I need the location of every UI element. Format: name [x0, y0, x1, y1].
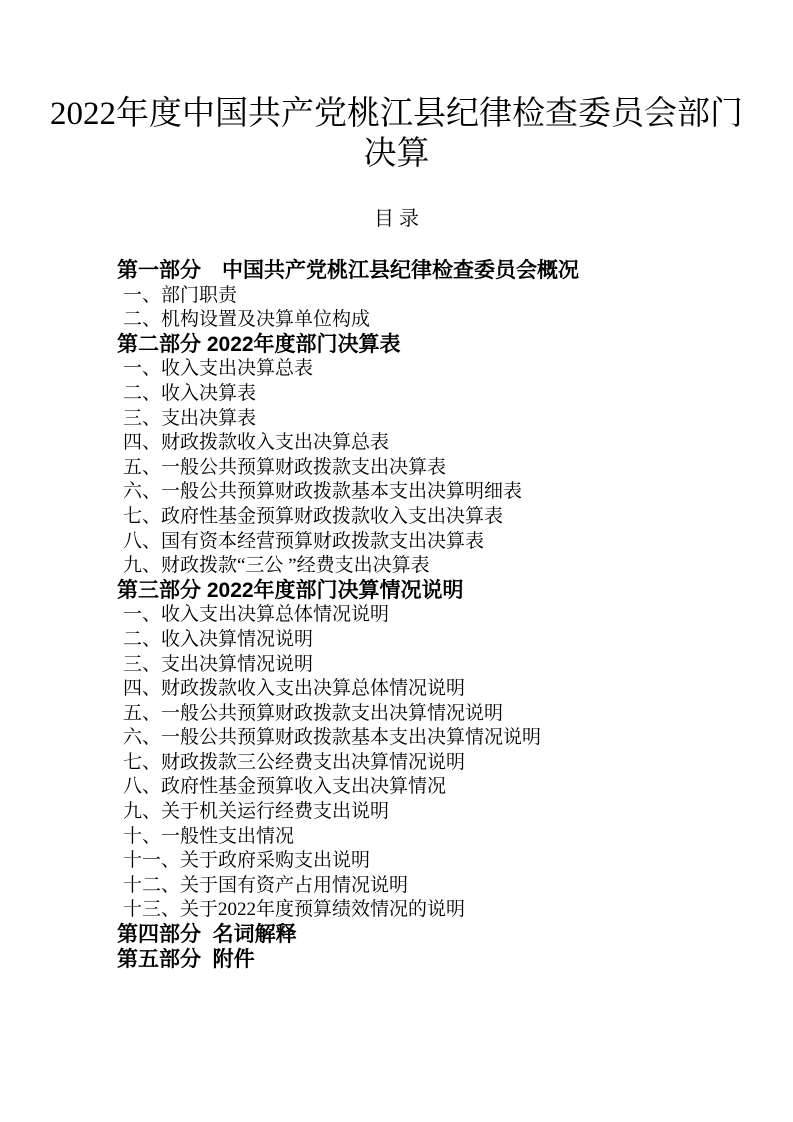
toc-section: 第三部分 2022年度部门决算情况说明 一、收入支出决算总体情况说明 二、收入决…	[117, 579, 753, 923]
document-page: 2022年度中国共产党桃江县纪律检查委员会部门决算 目 录 第一部分 中国共产党…	[0, 0, 793, 1122]
toc-item: 五、一般公共预算财政拨款支出决算情况说明	[117, 702, 753, 727]
toc-item: 一、部门职责	[117, 284, 753, 309]
toc-item: 四、财政拨款收入支出决算总体情况说明	[117, 677, 753, 702]
toc-item: 七、政府性基金预算财政拨款收入支出决算表	[117, 505, 753, 530]
toc-section-heading: 第一部分 中国共产党桃江县纪律检查委员会概况	[117, 259, 753, 284]
toc-item: 一、收入支出决算总体情况说明	[117, 603, 753, 628]
toc-item: 七、财政拨款三公经费支出决算情况说明	[117, 751, 753, 776]
toc-item: 一、收入支出决算总表	[117, 357, 753, 382]
toc-item: 三、支出决算情况说明	[117, 653, 753, 678]
toc-item: 二、收入决算情况说明	[117, 628, 753, 653]
toc-item: 十二、关于国有资产占用情况说明	[117, 874, 753, 899]
toc-item: 六、一般公共预算财政拨款基本支出决算情况说明	[117, 726, 753, 751]
toc-section-heading: 第二部分 2022年度部门决算表	[117, 333, 753, 358]
toc-item: 四、财政拨款收入支出决算总表	[117, 431, 753, 456]
toc-heading: 目 录	[0, 207, 793, 231]
toc-item: 八、国有资本经营预算财政拨款支出决算表	[117, 530, 753, 555]
toc-item: 五、一般公共预算财政拨款支出决算表	[117, 456, 753, 481]
toc-item: 六、一般公共预算财政拨款基本支出决算明细表	[117, 480, 753, 505]
toc-item: 三、支出决算表	[117, 407, 753, 432]
toc-section: 第二部分 2022年度部门决算表 一、收入支出决算总表 二、收入决算表 三、支出…	[117, 333, 753, 579]
toc-section: 第一部分 中国共产党桃江县纪律检查委员会概况 一、部门职责 二、机构设置及决算单…	[117, 259, 753, 333]
document-title: 2022年度中国共产党桃江县纪律检查委员会部门决算	[41, 0, 753, 174]
toc-section-heading: 第四部分 名词解释	[117, 923, 753, 948]
toc-section-heading: 第三部分 2022年度部门决算情况说明	[117, 579, 753, 604]
toc-section: 第五部分 附件	[117, 948, 753, 973]
toc-section: 第四部分 名词解释	[117, 923, 753, 948]
toc-item: 十一、关于政府采购支出说明	[117, 849, 753, 874]
toc-item: 二、收入决算表	[117, 382, 753, 407]
toc-section-heading: 第五部分 附件	[117, 948, 753, 973]
toc-item: 九、财政拨款“三公 ”经费支出决算表	[117, 554, 753, 579]
toc-item: 十、一般性支出情况	[117, 825, 753, 850]
toc-item: 九、关于机关运行经费支出说明	[117, 800, 753, 825]
table-of-contents: 第一部分 中国共产党桃江县纪律检查委员会概况 一、部门职责 二、机构设置及决算单…	[0, 259, 793, 972]
toc-item: 二、机构设置及决算单位构成	[117, 308, 753, 333]
toc-item: 八、政府性基金预算收入支出决算情况	[117, 775, 753, 800]
toc-item: 十三、关于2022年度预算绩效情况的说明	[117, 898, 753, 923]
